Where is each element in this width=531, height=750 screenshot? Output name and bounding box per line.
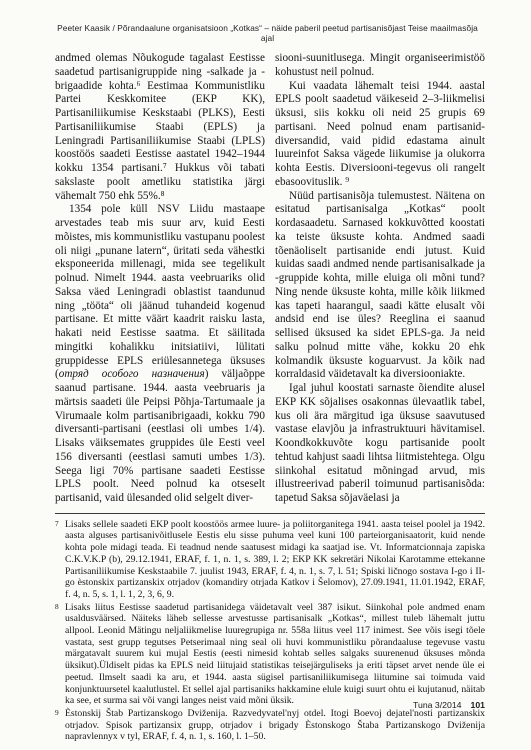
footnote-text: Lisaks liitus Eestisse saadetud partisan… [65,602,485,707]
article-body: andmed olemas Nõukogude tagalast Eestiss… [55,52,485,744]
footnote-8: 8Lisaks liitus Eestisse saadetud partisa… [55,602,485,707]
left-column: andmed olemas Nõukogude tagalast Eestiss… [55,52,265,506]
paragraph: Igal juhul koostati sarnaste õiendite al… [275,382,485,506]
footnote-text: Lisaks sellele saadeti EKP poolt koostöö… [65,519,485,600]
paragraph: Nüüd partisanisõja tulemustest. Näitena … [275,190,485,383]
paragraph: andmed olemas Nõukogude tagalast Eestiss… [55,52,265,203]
paragraph-text: ) väljaõppe saanud partisane. 1944. aast… [55,368,265,504]
page-footer: Tuna 3/2014 101 [413,700,485,710]
footnote-number: 8 [55,601,59,613]
journal-page: Peeter Kaasik / Põrandaalune organisatsi… [0,0,531,750]
paragraph: 1354 pole küll NSV Liidu mastaape arvest… [55,203,265,506]
footnote-separator [55,513,485,514]
two-column-text: andmed olemas Nõukogude tagalast Eestiss… [55,52,485,506]
page-number: 101 [471,700,486,710]
footnote-7: 7Lisaks sellele saadeti EKP poolt koostö… [55,519,485,601]
paragraph: siooni-suunitlusega. Mingit organiseerim… [275,52,485,80]
right-column: siooni-suunitlusega. Mingit organiseerim… [275,52,485,506]
running-header: Peeter Kaasik / Põrandaalune organisatsi… [50,23,485,43]
footnote-9: 9Èstonskij Štab Partizanskogo Dviženija.… [55,708,485,743]
paragraph: Kui vaadata lähemalt teisi 1944. aastal … [275,80,485,190]
footnote-number: 7 [55,518,59,530]
journal-issue-label: Tuna 3/2014 [413,700,461,710]
footnote-number: 9 [55,707,59,719]
russian-italic-phrase: отряд особого назначения [59,368,205,380]
footnote-text: Èstonskij Štab Partizanskogo Dviženija. … [65,708,485,742]
paragraph-text: 1354 pole küll NSV Liidu mastaape arvest… [55,203,265,380]
